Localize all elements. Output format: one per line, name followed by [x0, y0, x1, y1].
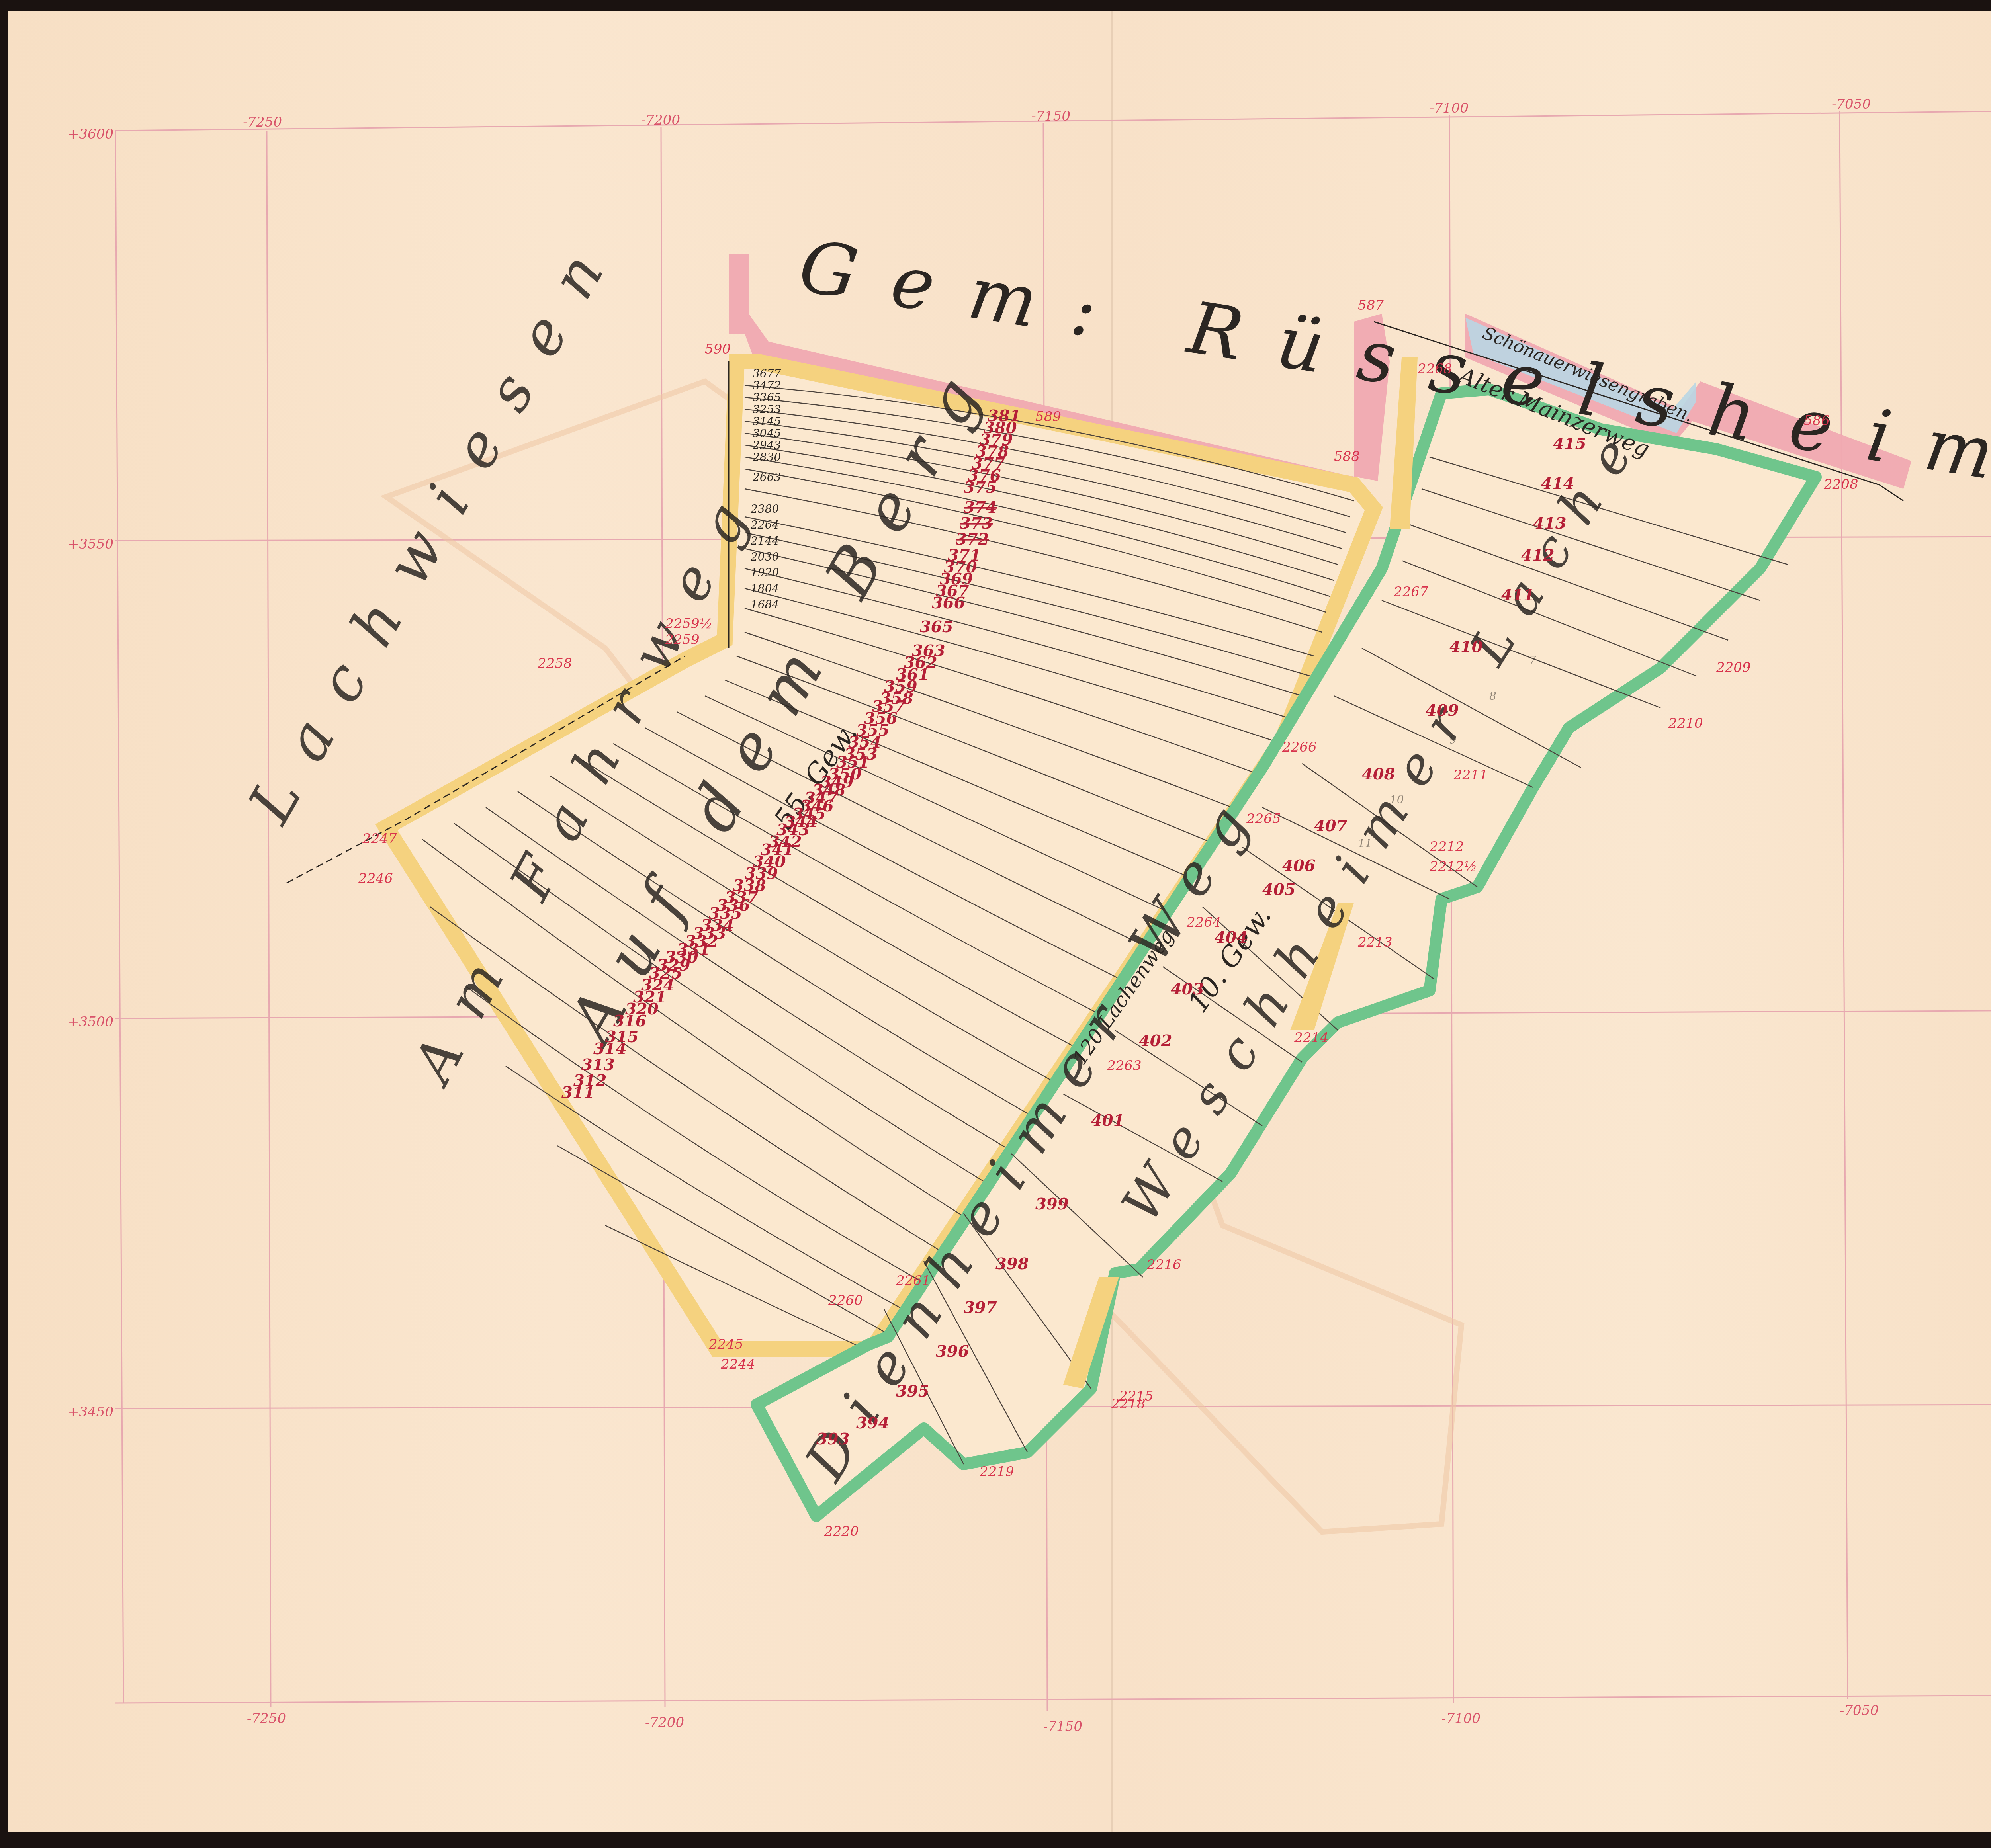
measurement: 2663	[752, 471, 781, 484]
point-number: 2266	[1282, 739, 1317, 755]
parcel-number: 404	[1215, 928, 1248, 947]
pencil-digit: 9	[1449, 733, 1457, 746]
pencil-digit: 7	[1529, 654, 1536, 667]
point-number: 2216	[1146, 1257, 1181, 1273]
parcel-number: 371	[948, 546, 981, 565]
point-number: 2218	[1111, 1396, 1146, 1412]
measurement: 2830	[752, 451, 781, 464]
boundary-number: 590	[705, 341, 731, 357]
parcel-number: 403	[1171, 980, 1204, 998]
measurement: 1684	[751, 598, 779, 611]
map-sheet: -7250 -7200 -7150 -7100 -7050 -7250 -720…	[8, 11, 1991, 1832]
cadastral-map: -7250 -7200 -7150 -7100 -7050 -7250 -720…	[8, 11, 1991, 1832]
grid-label-top-2: -7200	[641, 112, 680, 128]
pencil-digit: 11	[1358, 837, 1372, 850]
parcel-number: 394	[856, 1414, 890, 1432]
grid-label-bottom-4: -7100	[1441, 1711, 1481, 1727]
point-number: 2261	[896, 1273, 931, 1289]
point-number: 2259½	[665, 616, 712, 632]
point-number: 2211	[1453, 767, 1488, 783]
parcel-number: 396	[936, 1342, 969, 1361]
measurement: 3365	[753, 391, 781, 404]
grid-label-bottom-1: -7250	[247, 1711, 286, 1727]
point-number: 2258	[537, 656, 572, 672]
point-number: 2268	[1417, 361, 1452, 377]
point-number: 2265	[1246, 811, 1281, 827]
point-number: 2267	[1393, 584, 1428, 600]
measurement: 3253	[753, 403, 781, 416]
grid-label-top-1: -7250	[243, 114, 282, 130]
parcel-number: 413	[1533, 514, 1567, 533]
point-number: 2245	[708, 1336, 743, 1352]
point-number: 2212½	[1429, 859, 1477, 875]
grid-label-bottom-5: -7050	[1840, 1703, 1879, 1719]
measurement: 2264	[750, 518, 779, 531]
parcel-number: 313	[581, 1055, 615, 1074]
parcel-number: 406	[1282, 856, 1316, 875]
parcel-number-struck: 372	[956, 530, 989, 549]
pencil-digit: 8	[1489, 690, 1496, 703]
parcel-number: 412	[1521, 546, 1555, 565]
point-number: 2208	[1823, 477, 1858, 492]
grid-label-top-4: -7100	[1430, 100, 1469, 116]
point-number: 2259	[665, 632, 700, 648]
point-number: 2260	[828, 1293, 863, 1309]
parcel-number-struck: 373	[960, 514, 993, 533]
grid-label-top-3: -7150	[1031, 108, 1070, 124]
parcel-number: 395	[896, 1382, 929, 1401]
point-number: 2209	[1716, 660, 1751, 676]
measurement: 3145	[753, 415, 781, 428]
parcel-number: 414	[1541, 474, 1574, 493]
point-number: 2244	[720, 1356, 755, 1372]
measurement: 3045	[753, 427, 781, 440]
measurement: 2030	[750, 550, 779, 563]
parcel-number: 397	[964, 1298, 997, 1317]
boundary-number: 587	[1358, 297, 1384, 313]
parcel-number: 312	[573, 1071, 607, 1090]
measurement: 1804	[751, 582, 779, 595]
parcel-number: 365	[920, 617, 953, 636]
point-number: 2213	[1357, 934, 1393, 950]
measurement: 2943	[752, 439, 781, 452]
parcel-number: 393	[816, 1430, 850, 1448]
point-number: 2263	[1107, 1058, 1142, 1074]
grid-label-left-3: +3500	[68, 1014, 113, 1030]
pencil-digit: 10	[1390, 793, 1404, 806]
parcel-number: 398	[995, 1254, 1029, 1273]
parcel-number: 411	[1501, 586, 1535, 604]
measurement: 2380	[750, 502, 779, 516]
point-number: 2219	[979, 1464, 1014, 1480]
point-number: 2246	[358, 871, 393, 887]
parcel-number: 381	[988, 406, 1021, 425]
parcel-number: 409	[1426, 701, 1459, 720]
point-number: 2247	[362, 831, 397, 847]
parcel-number: 402	[1139, 1031, 1172, 1050]
grid-label-bottom-3: -7150	[1043, 1719, 1082, 1735]
point-number: 2220	[824, 1524, 859, 1539]
grid-label-bottom-2: -7200	[645, 1715, 684, 1731]
point-number: 2212	[1429, 839, 1464, 855]
parcel-number: 408	[1362, 765, 1395, 783]
parcel-number: 399	[1035, 1195, 1069, 1213]
grid-label-top-5: -7050	[1832, 96, 1871, 112]
parcel-number: 407	[1314, 817, 1348, 835]
grid-label-left-1: +3600	[68, 126, 113, 142]
grid-label-left-2: +3550	[68, 536, 113, 552]
grid-label-left-4: +3450	[68, 1404, 113, 1420]
point-number: 2214	[1294, 1030, 1329, 1046]
measurement: 1920	[751, 566, 779, 579]
boundary-number: 586	[1804, 413, 1830, 429]
measurement: 3677	[753, 367, 781, 380]
boundary-number: 588	[1334, 449, 1360, 465]
point-number: 2210	[1668, 715, 1703, 731]
boundary-number: 589	[1035, 409, 1061, 425]
measurement: 2144	[750, 534, 779, 547]
parcel-number: 405	[1262, 880, 1296, 899]
measurement: 3472	[753, 379, 781, 392]
parcel-number: 363	[912, 641, 945, 660]
parcel-number: 415	[1553, 434, 1586, 453]
parcel-number: 410	[1449, 637, 1483, 656]
parcel-number: 315	[605, 1028, 639, 1046]
parcel-number-struck: 374	[964, 498, 997, 517]
parcel-number: 401	[1091, 1111, 1125, 1130]
